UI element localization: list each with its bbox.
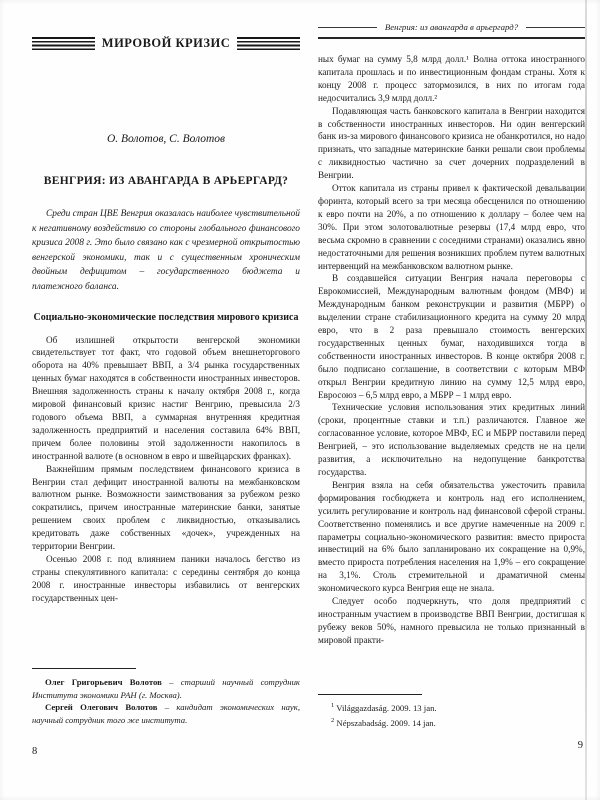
footnote-text: Népszabadság. 2009. 14 jan. xyxy=(336,718,435,728)
footnote-text: Világgazdaság. 2009. 13 jan. xyxy=(336,703,436,713)
footnote-marker: 2 xyxy=(331,717,334,724)
body-paragraph: Важнейшим прямым последствием финансовог… xyxy=(32,463,300,553)
article-title: ВЕНГРИЯ: ИЗ АВАНГАРДА В АРЬЕРГАРД? xyxy=(32,175,300,187)
body-paragraph: Венгрия взяла на себя обязательства ужес… xyxy=(318,479,585,595)
footnote-separator xyxy=(32,668,136,669)
running-head-right: Венгрия: из авангарда в арьергард? xyxy=(318,22,585,39)
running-head-rule-left xyxy=(318,27,377,28)
body-paragraph: Следует особо подчеркнуть, что доля пред… xyxy=(318,595,585,647)
right-page: Венгрия: из авангарда в арьергард? ных б… xyxy=(318,0,585,800)
body-paragraph: Отток капитала из страны привел к фактич… xyxy=(318,182,585,272)
body-paragraph: Осенью 2008 г. под влиянием паники начал… xyxy=(32,553,300,605)
body-paragraph: ных бумаг на сумму 5,8 млрд долл.¹ Волна… xyxy=(318,53,585,105)
article-abstract: Среди стран ЦВЕ Венгрия оказалась наибол… xyxy=(32,207,300,295)
author-footnote: Олег Григорьевич Волотов – старший научн… xyxy=(32,676,300,701)
footnote-author-name: Сергей Олегович Волотов xyxy=(45,702,157,712)
right-body-text: ных бумаг на сумму 5,8 млрд долл.¹ Волна… xyxy=(318,53,585,647)
body-paragraph: Об излишней открытости венгерской эконом… xyxy=(32,334,300,463)
author-footnote: Сергей Олегович Волотов – кандидат эконо… xyxy=(32,701,300,726)
reference-footnote-block: 1 Világgazdaság. 2009. 13 jan. 2 Népszab… xyxy=(318,694,585,732)
scanned-journal-spread: МИРОВОЙ КРИЗИС О. Волотов, С. Волотов ВЕ… xyxy=(0,0,600,800)
author-footnote-block: Олег Григорьевич Волотов – старший научн… xyxy=(32,668,300,726)
left-body-text: Об излишней открытости венгерской эконом… xyxy=(32,334,300,605)
scan-edge-line xyxy=(585,0,587,800)
footnote-separator xyxy=(318,694,422,695)
running-head-stripes-left xyxy=(32,37,95,50)
footnote-author-name: Олег Григорьевич Волотов xyxy=(45,677,162,687)
left-page: МИРОВОЙ КРИЗИС О. Волотов, С. Волотов ВЕ… xyxy=(32,0,300,800)
page-number-right: 9 xyxy=(578,740,583,751)
running-head-label: Венгрия: из авангарда в арьергард? xyxy=(385,22,518,32)
footnote: 2 Népszabadság. 2009. 14 jan. xyxy=(318,717,585,730)
body-paragraph: В создавшейся ситуации Венгрия начала пе… xyxy=(318,272,585,401)
running-head-rule-right xyxy=(526,27,585,28)
authors-line: О. Волотов, С. Волотов xyxy=(32,133,300,145)
footnote: 1 Világgazdaság. 2009. 13 jan. xyxy=(318,702,585,715)
running-head-left: МИРОВОЙ КРИЗИС xyxy=(32,36,300,51)
running-head-stripes-right xyxy=(237,37,300,50)
footnote-marker: 1 xyxy=(331,702,334,709)
section-heading: Социально-экономические последствия миро… xyxy=(32,312,300,323)
body-paragraph: Технические условия использования этих к… xyxy=(318,401,585,478)
body-paragraph: Подавляющая часть банковского капитала в… xyxy=(318,105,585,182)
running-head-label: МИРОВОЙ КРИЗИС xyxy=(102,36,230,51)
page-number-left: 8 xyxy=(32,746,37,757)
